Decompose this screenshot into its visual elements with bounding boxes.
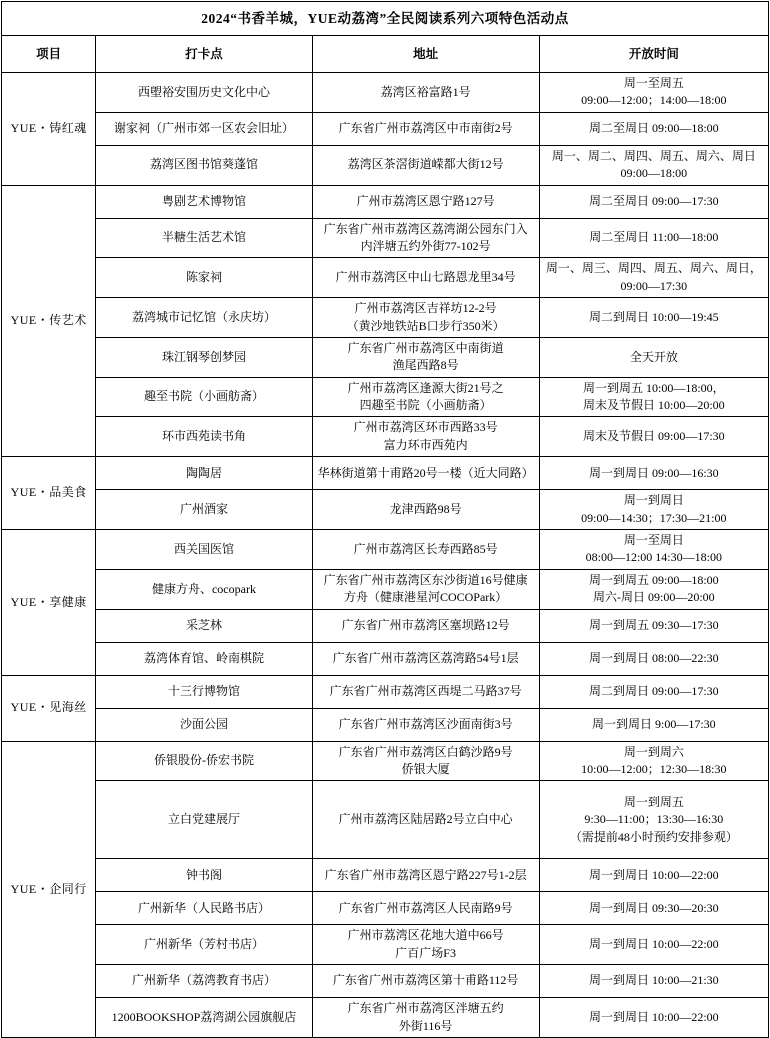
project-cell: YUE・传艺术 (2, 185, 96, 457)
hours-cell: 周一到周日 09:30—20:30 (539, 892, 768, 925)
hours-cell: 周一到周六 10:00—12:00；12:30—18:30 (539, 741, 768, 781)
hours-cell: 周一到周日 09:00—14:30；17:30—21:00 (539, 490, 768, 530)
site-cell: 十三行博物馆 (96, 675, 312, 708)
table-row: 健康方舟、cocopark 广东省广州市荔湾区东沙街道16号健康 方舟（健康港星… (2, 569, 769, 609)
address-cell: 广东省广州市荔湾区人民南路9号 (312, 892, 539, 925)
table-row: 采芝林 广东省广州市荔湾区塞坝路12号 周一到周五 09:30—17:30 (2, 609, 769, 642)
table-row: 广州酒家 龙津西路98号 周一到周日 09:00—14:30；17:30—21:… (2, 490, 769, 530)
hours-cell: 周一至周五 09:00—12:00；14:00—18:00 (539, 73, 768, 113)
hours-cell: 周一到周日 10:00—22:00 (539, 925, 768, 965)
table-row: 陈家祠 广州市荔湾区中山七路恩龙里34号 周一、周三、周四、周五、周六、周日， … (2, 258, 769, 298)
site-cell: 半糖生活艺术馆 (96, 218, 312, 258)
table-row: 广州新华（人民路书店） 广东省广州市荔湾区人民南路9号 周一到周日 09:30—… (2, 892, 769, 925)
address-cell: 荔湾区茶滘街道嵘都大街12号 (312, 145, 539, 185)
hours-cell: 周末及节假日 09:00—17:30 (539, 417, 768, 457)
table-row: 珠江钢琴创梦园 广东省广州市荔湾区中南街道 渔尾西路8号 全天开放 (2, 337, 769, 377)
table-row: 荔湾区图书馆葵蓬馆 荔湾区茶滘街道嵘都大街12号 周一、周二、周四、周五、周六、… (2, 145, 769, 185)
address-cell: 龙津西路98号 (312, 490, 539, 530)
project-cell: YUE・享健康 (2, 530, 96, 676)
col-header-address: 地址 (312, 36, 539, 73)
address-cell: 广州市荔湾区逢源大街21号之 四趣至书院（小画舫斋） (312, 377, 539, 417)
hours-cell: 周一、周三、周四、周五、周六、周日， 09:00—17:30 (539, 258, 768, 298)
hours-cell: 全天开放 (539, 337, 768, 377)
hours-cell: 周一到周五 10:00—18:00， 周末及节假日 10:00—20:00 (539, 377, 768, 417)
site-cell: 西塱裕安围历史文化中心 (96, 73, 312, 113)
site-cell: 钟书阁 (96, 859, 312, 892)
table-row: 广州新华（荔湾教育书店） 广东省广州市荔湾区第十甫路112号 周一到周日 10:… (2, 965, 769, 998)
table-row: 半糖生活艺术馆 广东省广州市荔湾区荔湾湖公园东门入 内泮塘五约外街77-102号… (2, 218, 769, 258)
hours-cell: 周一、周二、周四、周五、周六、周日 09:00—18:00 (539, 145, 768, 185)
hours-cell: 周二至周日 09:00—17:30 (539, 185, 768, 218)
hours-cell: 周一到周五 09:00—18:00 周六-周日 09:00—20:00 (539, 569, 768, 609)
site-cell: 广州酒家 (96, 490, 312, 530)
table-row: 1200BOOKSHOP荔湾湖公园旗舰店 广东省广州市荔湾区泮塘五约 外街116… (2, 998, 769, 1038)
table-row: 钟书阁 广东省广州市荔湾区恩宁路227号1-2层 周一到周日 10:00—22:… (2, 859, 769, 892)
address-cell: 华林街道第十甫路20号一楼（近大同路） (312, 457, 539, 490)
site-cell: 陈家祠 (96, 258, 312, 298)
address-cell: 广东省广州市荔湾区东沙街道16号健康 方舟（健康港星河COCOPark） (312, 569, 539, 609)
site-cell: 荔湾体育馆、岭南棋院 (96, 642, 312, 675)
table-row: 沙面公园 广东省广州市荔湾区沙面南街3号 周一到周日 9:00—17:30 (2, 708, 769, 741)
site-cell: 谢家祠（广州市郊一区农会旧址） (96, 112, 312, 145)
address-cell: 广东省广州市荔湾区荔湾路54号1层 (312, 642, 539, 675)
table-row: 荔湾城市记忆馆（永庆坊） 广州市荔湾区吉祥坊12-2号 （黄沙地铁站B口步行35… (2, 298, 769, 338)
address-cell: 广东省广州市荔湾区中南街道 渔尾西路8号 (312, 337, 539, 377)
address-cell: 广东省广州市荔湾区中市南街2号 (312, 112, 539, 145)
address-cell: 广东省广州市荔湾区西堤二马路37号 (312, 675, 539, 708)
site-cell: 侨银股份-侨宏书院 (96, 741, 312, 781)
site-cell: 陶陶居 (96, 457, 312, 490)
table-row: 趣至书院（小画舫斋） 广州市荔湾区逢源大街21号之 四趣至书院（小画舫斋） 周一… (2, 377, 769, 417)
address-cell: 广东省广州市荔湾区白鹤沙路9号 侨银大厦 (312, 741, 539, 781)
hours-cell: 周一至周日 08:00—12:00 14:30—18:00 (539, 530, 768, 570)
address-cell: 广东省广州市荔湾区第十甫路112号 (312, 965, 539, 998)
table-row: YUE・见海丝 十三行博物馆 广东省广州市荔湾区西堤二马路37号 周二到周日 0… (2, 675, 769, 708)
table-header-row: 项目 打卡点 地址 开放时间 (2, 36, 769, 73)
hours-cell: 周一到周日 10:00—22:00 (539, 859, 768, 892)
address-cell: 广东省广州市荔湾区塞坝路12号 (312, 609, 539, 642)
address-cell: 广州市荔湾区长寿西路85号 (312, 530, 539, 570)
address-cell: 广东省广州市荔湾区泮塘五约 外街116号 (312, 998, 539, 1038)
site-cell: 环市西苑读书角 (96, 417, 312, 457)
hours-cell: 周二至周日 09:00—18:00 (539, 112, 768, 145)
site-cell: 珠江钢琴创梦园 (96, 337, 312, 377)
site-cell: 西关国医馆 (96, 530, 312, 570)
document-page: 2024“书香羊城，YUE动荔湾”全民阅读系列六项特色活动点 项目 打卡点 地址… (0, 0, 770, 1023)
hours-cell: 周二至周日 11:00—18:00 (539, 218, 768, 258)
site-cell: 采芝林 (96, 609, 312, 642)
project-cell: YUE・品美食 (2, 457, 96, 530)
hours-cell: 周二到周日 09:00—17:30 (539, 675, 768, 708)
site-cell: 粤剧艺术博物馆 (96, 185, 312, 218)
project-cell: YUE・见海丝 (2, 675, 96, 741)
hours-cell: 周一到周日 09:00—16:30 (539, 457, 768, 490)
project-cell: YUE・铸红魂 (2, 73, 96, 186)
hours-cell: 周一到周日 08:00—22:30 (539, 642, 768, 675)
hours-cell: 周一到周日 10:00—21:30 (539, 965, 768, 998)
table-row: YUE・企同行 侨银股份-侨宏书院 广东省广州市荔湾区白鹤沙路9号 侨银大厦 周… (2, 741, 769, 781)
address-cell: 荔湾区裕富路1号 (312, 73, 539, 113)
hours-cell: 周一到周日 10:00—22:00 (539, 998, 768, 1038)
hours-cell: 周一到周五 09:30—17:30 (539, 609, 768, 642)
table-row: YUE・品美食 陶陶居 华林街道第十甫路20号一楼（近大同路） 周一到周日 09… (2, 457, 769, 490)
table-title-row: 2024“书香羊城，YUE动荔湾”全民阅读系列六项特色活动点 (2, 2, 769, 36)
address-cell: 广东省广州市荔湾区恩宁路227号1-2层 (312, 859, 539, 892)
table-row: YUE・传艺术 粤剧艺术博物馆 广州市荔湾区恩宁路127号 周二至周日 09:0… (2, 185, 769, 218)
table-row: 广州新华（芳村书店） 广州市荔湾区花地大道中66号 广百广场F3 周一到周日 1… (2, 925, 769, 965)
address-cell: 广州市荔湾区恩宁路127号 (312, 185, 539, 218)
site-cell: 广州新华（芳村书店） (96, 925, 312, 965)
table-row: YUE・铸红魂 西塱裕安围历史文化中心 荔湾区裕富路1号 周一至周五 09:00… (2, 73, 769, 113)
site-cell: 趣至书院（小画舫斋） (96, 377, 312, 417)
address-cell: 广州市荔湾区环市西路33号 富力环市西苑内 (312, 417, 539, 457)
address-cell: 广州市荔湾区花地大道中66号 广百广场F3 (312, 925, 539, 965)
address-cell: 广东省广州市荔湾区荔湾湖公园东门入 内泮塘五约外街77-102号 (312, 218, 539, 258)
site-cell: 立白党建展厅 (96, 781, 312, 859)
col-header-site: 打卡点 (96, 36, 312, 73)
site-cell: 荔湾城市记忆馆（永庆坊） (96, 298, 312, 338)
address-cell: 广州市荔湾区中山七路恩龙里34号 (312, 258, 539, 298)
table-row: 荔湾体育馆、岭南棋院 广东省广州市荔湾区荔湾路54号1层 周一到周日 08:00… (2, 642, 769, 675)
address-cell: 广州市荔湾区吉祥坊12-2号 （黄沙地铁站B口步行350米） (312, 298, 539, 338)
site-cell: 广州新华（荔湾教育书店） (96, 965, 312, 998)
project-cell: YUE・企同行 (2, 741, 96, 1037)
col-header-project: 项目 (2, 36, 96, 73)
hours-cell: 周一到周五 9:30—11:00；13:30—16:30 （需提前48小时预约安… (539, 781, 768, 859)
table-row: YUE・享健康 西关国医馆 广州市荔湾区长寿西路85号 周一至周日 08:00—… (2, 530, 769, 570)
activity-points-table: 2024“书香羊城，YUE动荔湾”全民阅读系列六项特色活动点 项目 打卡点 地址… (1, 1, 769, 1038)
hours-cell: 周一到周日 9:00—17:30 (539, 708, 768, 741)
site-cell: 广州新华（人民路书店） (96, 892, 312, 925)
hours-cell: 周二到周日 10:00—19:45 (539, 298, 768, 338)
table-row: 谢家祠（广州市郊一区农会旧址） 广东省广州市荔湾区中市南街2号 周二至周日 09… (2, 112, 769, 145)
address-cell: 广东省广州市荔湾区沙面南街3号 (312, 708, 539, 741)
address-cell: 广州市荔湾区陆居路2号立白中心 (312, 781, 539, 859)
site-cell: 1200BOOKSHOP荔湾湖公园旗舰店 (96, 998, 312, 1038)
site-cell: 沙面公园 (96, 708, 312, 741)
col-header-hours: 开放时间 (539, 36, 768, 73)
table-row: 环市西苑读书角 广州市荔湾区环市西路33号 富力环市西苑内 周末及节假日 09:… (2, 417, 769, 457)
table-row: 立白党建展厅 广州市荔湾区陆居路2号立白中心 周一到周五 9:30—11:00；… (2, 781, 769, 859)
site-cell: 健康方舟、cocopark (96, 569, 312, 609)
table-title: 2024“书香羊城，YUE动荔湾”全民阅读系列六项特色活动点 (2, 2, 769, 36)
site-cell: 荔湾区图书馆葵蓬馆 (96, 145, 312, 185)
